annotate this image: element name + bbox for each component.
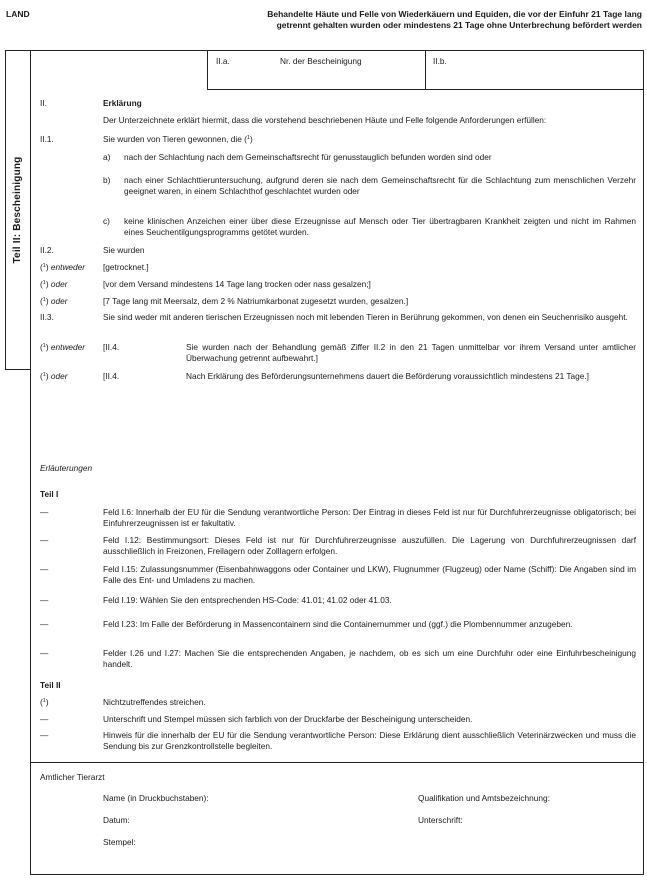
option-qualifier: (1) oder bbox=[40, 279, 68, 290]
note-text: Felder I.26 und I.27: Machen Sie die ent… bbox=[103, 648, 636, 669]
option-qualifier: (1) entweder bbox=[40, 262, 85, 273]
option-qualifier: (1) oder bbox=[40, 296, 68, 307]
note-marker: (1) bbox=[40, 697, 49, 708]
note-marker: — bbox=[40, 714, 48, 725]
title-line-2: getrennt gehalten wurden oder mindestens… bbox=[202, 20, 642, 31]
note-text: Hinweis für die innerhalb der EU für die… bbox=[103, 730, 636, 751]
note-text: Nichtzutreffendes streichen. bbox=[103, 697, 636, 708]
section-heading: Erklärung bbox=[103, 98, 142, 109]
note-text: Feld I.6: Innerhalb der EU für die Sendu… bbox=[103, 507, 636, 528]
note-marker: — bbox=[40, 648, 48, 659]
certificate-frame bbox=[30, 50, 644, 875]
item-letter: a) bbox=[103, 152, 110, 163]
note-text: Feld I.12: Bestimmungsort: Dieses Feld i… bbox=[103, 535, 636, 556]
certificate-number-field[interactable]: Nr. der Bescheinigung bbox=[280, 56, 362, 67]
note-text: Unterschrift und Stempel müssen sich far… bbox=[103, 714, 636, 725]
note-text: Feld I.23: Im Falle der Beförderung in M… bbox=[103, 619, 636, 630]
side-label: Teil II: Bescheinigung bbox=[13, 156, 24, 263]
option-code: [II.4. bbox=[103, 371, 119, 382]
note-marker: — bbox=[40, 619, 48, 630]
stamp-field[interactable]: Stempel: bbox=[103, 837, 136, 848]
clause-code: II.3. bbox=[40, 312, 54, 323]
note-marker: — bbox=[40, 507, 48, 518]
option-code: [II.4. bbox=[103, 342, 119, 353]
notes-heading: Erläuterungen bbox=[40, 463, 92, 474]
clause-code: II.2. bbox=[40, 245, 54, 256]
note-marker: — bbox=[40, 595, 48, 606]
signature-field[interactable]: Unterschrift: bbox=[418, 815, 463, 826]
country-label: LAND bbox=[6, 9, 30, 20]
option-text[interactable]: [getrocknet.] bbox=[103, 262, 149, 273]
signature-divider bbox=[30, 762, 644, 763]
note-text: Feld I.15: Zulassungsnummer (Eisenbahnwa… bbox=[103, 564, 636, 585]
item-text: keine klinischen Anzeichen einer über di… bbox=[124, 216, 636, 237]
declaration-intro: Der Unterzeichnete erklärt hiermit, dass… bbox=[103, 115, 636, 126]
notes-part2-heading: Teil II bbox=[40, 680, 61, 691]
option-text[interactable]: [7 Tage lang mit Meersalz, dem 2 % Natri… bbox=[103, 296, 408, 307]
option-qualifier: (1) oder bbox=[40, 371, 68, 382]
document-title: Behandelte Häute und Felle von Wiederkäu… bbox=[202, 9, 642, 31]
ref-a-code: II.a. bbox=[216, 56, 230, 67]
option-text[interactable]: [vor dem Versand mindestens 14 Tage lang… bbox=[103, 279, 371, 290]
clause-text: Sie sind weder mit anderen tierischen Er… bbox=[103, 312, 636, 323]
signature-heading: Amtlicher Tierarzt bbox=[40, 772, 105, 783]
item-letter: c) bbox=[103, 216, 110, 227]
qualification-field[interactable]: Qualifikation und Amtsbezeichnung: bbox=[418, 793, 550, 804]
date-field[interactable]: Datum: bbox=[103, 815, 130, 826]
item-text: nach der Schlachtung nach dem Gemeinscha… bbox=[124, 152, 636, 163]
clause-code: II.1. bbox=[40, 134, 54, 145]
clause-text: Sie wurden von Tieren gewonnen, die (1) bbox=[103, 134, 253, 145]
clause-text: Sie wurden bbox=[103, 245, 145, 256]
option-qualifier: (1) entweder bbox=[40, 342, 85, 353]
option-text[interactable]: Sie wurden nach der Behandlung gemäß Zif… bbox=[186, 342, 636, 363]
item-text: nach einer Schlachttieruntersuchung, auf… bbox=[124, 175, 636, 196]
note-marker: — bbox=[40, 730, 48, 741]
ref-b-field[interactable]: II.b. bbox=[433, 56, 447, 67]
note-text: Feld I.19: Wählen Sie den entsprechenden… bbox=[103, 595, 636, 606]
item-letter: b) bbox=[103, 175, 110, 186]
reference-divider bbox=[425, 50, 426, 90]
option-text[interactable]: Nach Erklärung des Beförderungsunternehm… bbox=[186, 371, 636, 382]
note-marker: — bbox=[40, 535, 48, 546]
name-field[interactable]: Name (in Druckbuchstaben): bbox=[103, 793, 209, 804]
title-line-1: Behandelte Häute und Felle von Wiederkäu… bbox=[202, 9, 642, 20]
notes-part1-heading: Teil I bbox=[40, 489, 58, 500]
section-code: II. bbox=[40, 98, 47, 109]
note-marker: — bbox=[40, 564, 48, 575]
